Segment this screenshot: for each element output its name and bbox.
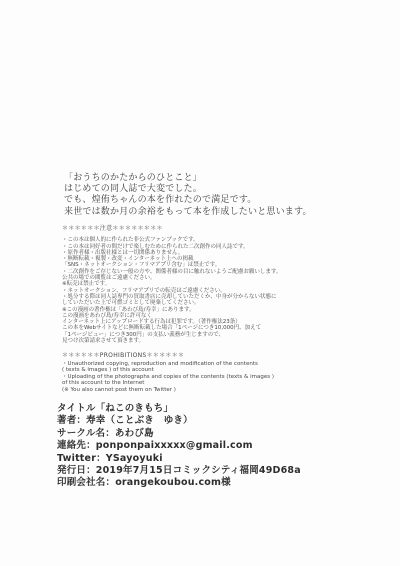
circle-name-line: サークル名：あわび島 bbox=[57, 428, 301, 440]
issue-date-line: 発行日：2019年7月15日コミックシティ福岡49D68a bbox=[57, 465, 301, 477]
printer-line: 印刷会社名：orangekoubou.com様 bbox=[57, 477, 301, 489]
prohibitions-line: ・Unauthorized copying, reproduction and … bbox=[62, 361, 274, 368]
notice-header: ＊＊＊＊＊＊注意＊＊＊＊＊＊＊＊ bbox=[62, 226, 281, 232]
prohibitions-line: ( texts & images ) of this account bbox=[62, 367, 274, 374]
prohibitions-line: of this account to the Internet bbox=[62, 380, 274, 387]
afterword-section: 「おうちのかたからのひとこと」 はじめての同人誌で大変でした。 でも、煌侑ちゃん… bbox=[64, 173, 312, 218]
prohibitions-line: ・Uploading of the photographs and copies… bbox=[62, 374, 274, 381]
notice-line: この本をWebサイトなどに無断転載した場合「1ページにつき10,000円、加えて bbox=[62, 325, 281, 331]
afterword-line: 来世では数か月の余裕をもって本を作成したいと思います。 bbox=[64, 207, 312, 218]
colophon-section: タイトル「ねこのきもち」 著者：寿幸（ことぶき ゆき） サークル名：あわび島 連… bbox=[57, 403, 301, 490]
contact-email-line: 連絡先：ponponpaixxxxx@gmail.com bbox=[57, 440, 301, 452]
afterword-line: はじめての同人誌で大変でした。 bbox=[64, 184, 312, 195]
prohibitions-section: ＊＊＊＊＊＊PROHIBITIONS＊＊＊＊＊＊ ・Unauthorized c… bbox=[62, 353, 274, 394]
book-title-line: タイトル「ねこのきもち」 bbox=[57, 403, 301, 415]
notice-line: ・この本は同好者の間だけで楽しむために作られた二次創作の同人誌です。 bbox=[62, 244, 281, 250]
twitter-handle-line: Twitter：YSayoyuki bbox=[57, 453, 301, 465]
author-line: 著者：寿幸（ことぶき ゆき） bbox=[57, 415, 301, 427]
afterword-heading: 「おうちのかたからのひとこと」 bbox=[64, 173, 312, 184]
notice-section: ＊＊＊＊＊＊注意＊＊＊＊＊＊＊＊ ・この本は個人的に作られた非公式ファンブックで… bbox=[62, 226, 281, 344]
prohibitions-header: ＊＊＊＊＊＊PROHIBITIONS＊＊＊＊＊＊ bbox=[62, 353, 274, 360]
doujinshi-colophon-page: 「おうちのかたからのひとこと」 はじめての同人誌で大変でした。 でも、煌侑ちゃん… bbox=[0, 0, 400, 566]
notice-line: 見つけ次第請求させて頂きます。 bbox=[62, 338, 281, 344]
afterword-line: でも、煌侑ちゃんの本を作れたので満足です。 bbox=[64, 195, 312, 206]
prohibitions-line: (※ You also cannot post them on Twitter … bbox=[62, 387, 274, 394]
